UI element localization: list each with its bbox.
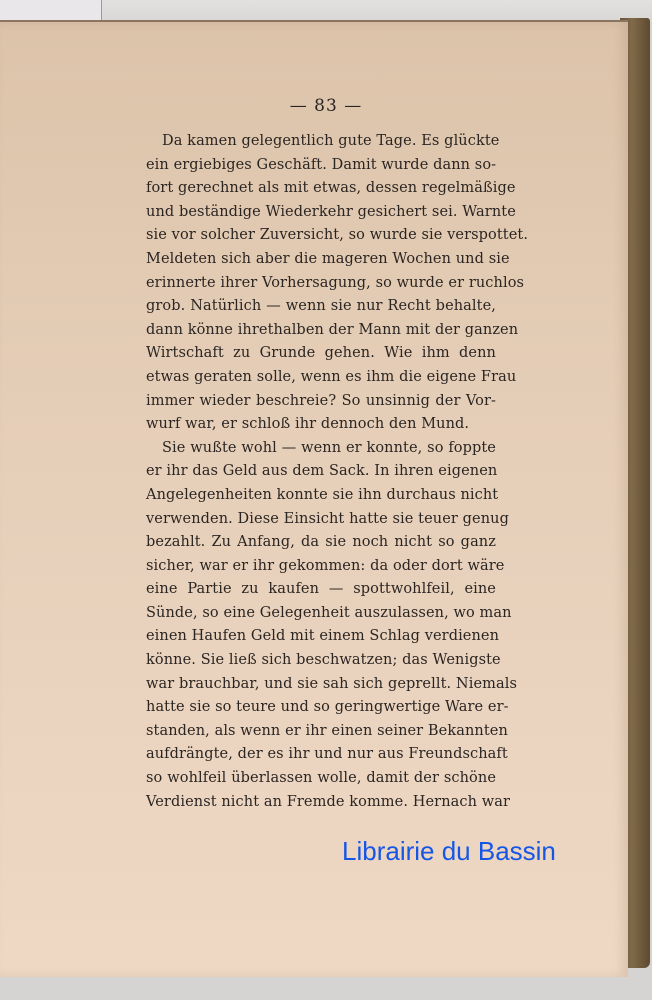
text-line: hatte sie so teure und so geringwertige …: [146, 696, 496, 720]
text-line: fort gerechnet als mit etwas, dessen reg…: [146, 177, 496, 201]
text-line: sie vor solcher Zuversicht, so wurde sie…: [146, 224, 496, 248]
text-line: so wohlfeil überlassen wolle, damit der …: [146, 767, 496, 791]
text-line: standen, als wenn er ihr einen seiner Be…: [146, 720, 496, 744]
text-line: er ihr das Geld aus dem Sack. In ihren e…: [146, 460, 496, 484]
text-line: Meldeten sich aber die mageren Wochen un…: [146, 248, 496, 272]
page-number: — 83 —: [0, 96, 652, 116]
text-line: ein ergiebiges Geschäft. Damit wurde dan…: [146, 154, 496, 178]
text-line: einen Haufen Geld mit einem Schlag verdi…: [146, 625, 496, 649]
text-line: wurf war, er schloß ihr dennoch den Mund…: [146, 413, 496, 437]
text-line: könne. Sie ließ sich beschwatzen; das We…: [146, 649, 496, 673]
text-line: aufdrängte, der es ihr und nur aus Freun…: [146, 743, 496, 767]
body-text: Da kamen gelegentlich gute Tage. Es glüc…: [146, 130, 496, 814]
background-card: [0, 0, 102, 21]
text-line: Da kamen gelegentlich gute Tage. Es glüc…: [146, 130, 496, 154]
watermark: Librairie du Bassin: [342, 836, 556, 867]
text-line: immer wieder beschreie? So unsinnig der …: [146, 390, 496, 414]
text-line: sicher, war er ihr gekommen: da oder dor…: [146, 555, 496, 579]
text-line: Verdienst nicht an Fremde komme. Hernach…: [146, 791, 496, 815]
text-line: grob. Natürlich — wenn sie nur Recht beh…: [146, 295, 496, 319]
text-line: eine Partie zu kaufen — spottwohlfeil, e…: [146, 578, 496, 602]
text-line: war brauchbar, und sie sah sich geprellt…: [146, 673, 496, 697]
text-line: verwenden. Diese Einsicht hatte sie teue…: [146, 508, 496, 532]
text-line: bezahlt. Zu Anfang, da sie noch nicht so…: [146, 531, 496, 555]
text-line: und beständige Wiederkehr gesichert sei.…: [146, 201, 496, 225]
text-line: Sie wußte wohl — wenn er konnte, so fopp…: [146, 437, 496, 461]
text-line: Angelegenheiten konnte sie ihn durchaus …: [146, 484, 496, 508]
text-line: etwas geraten solle, wenn es ihm die eig…: [146, 366, 496, 390]
text-line: Sünde, so eine Gelegenheit auszulassen, …: [146, 602, 496, 626]
text-line: erinnerte ihrer Vorhersagung, so wurde e…: [146, 272, 496, 296]
text-line: dann könne ihrethalben der Mann mit der …: [146, 319, 496, 343]
text-line: Wirtschaft zu Grunde gehen. Wie ihm denn: [146, 342, 496, 366]
